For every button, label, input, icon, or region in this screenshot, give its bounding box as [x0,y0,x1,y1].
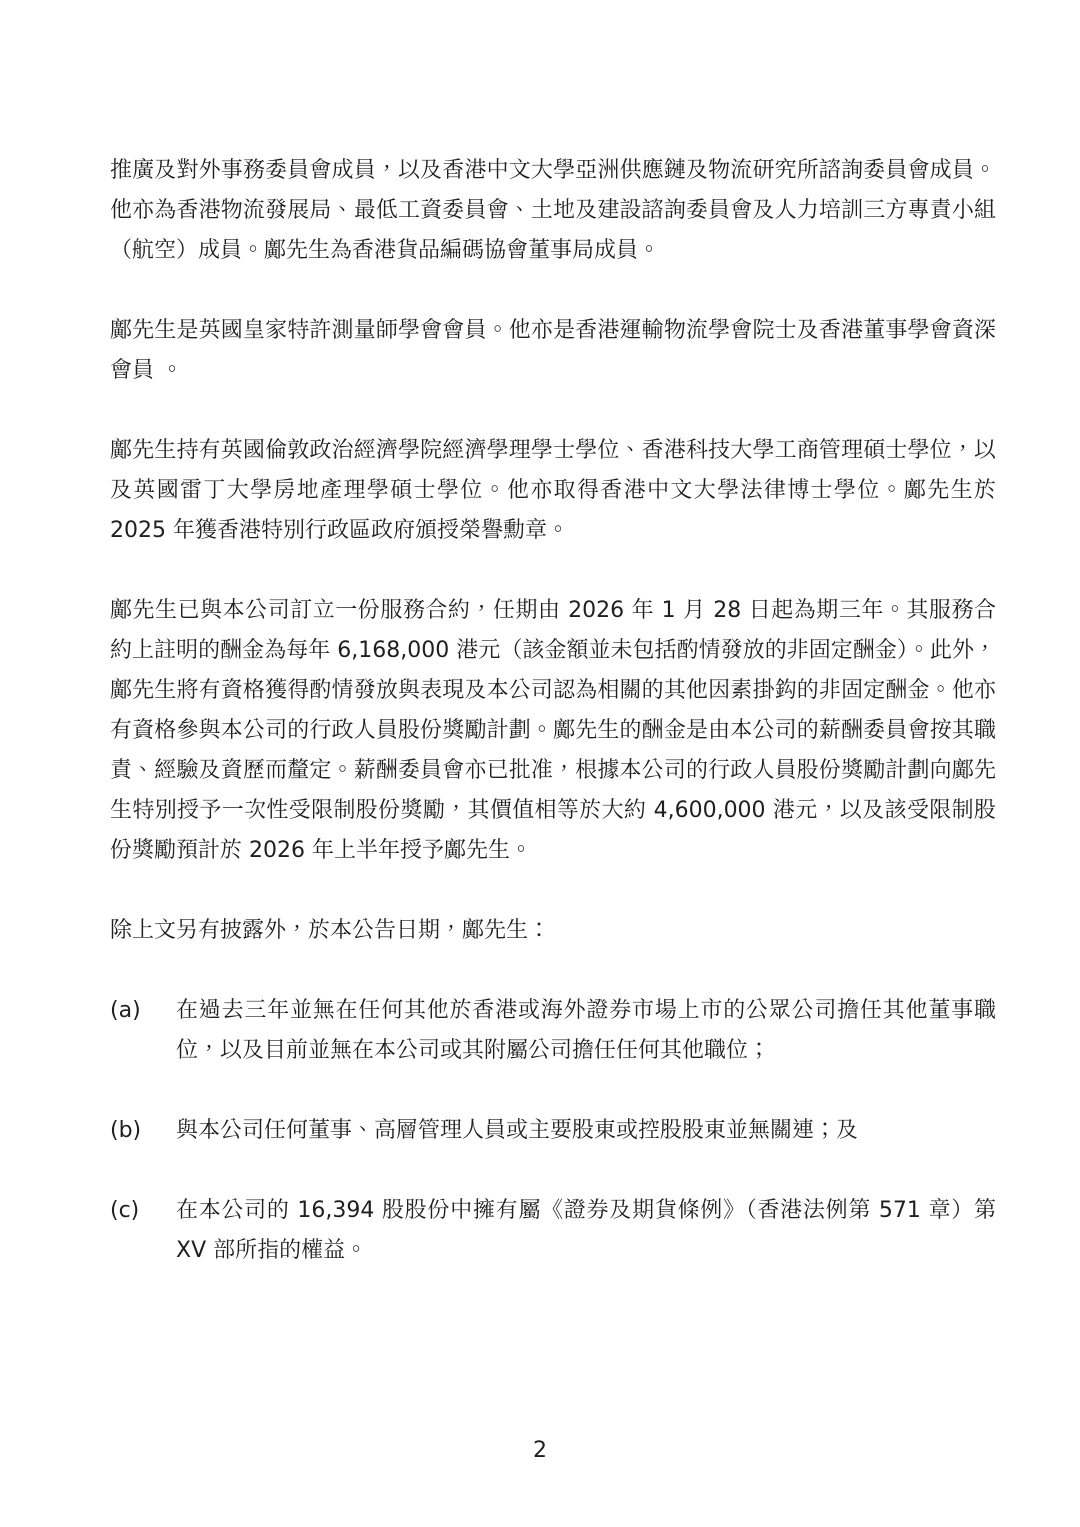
list-item-a-label: (a) [110,991,176,1071]
list-item-b-label: (b) [110,1111,176,1151]
paragraph-disclosure-intro: 除上文另有披露外，於本公告日期，鄺先生： [110,911,996,951]
disclosure-list: (a) 在過去三年並無在任何其他於香港或海外證券市場上市的公眾公司擔任其他董事職… [110,991,996,1271]
page-number: 2 [0,1431,1080,1471]
page-content: 推廣及對外事務委員會成員，以及香港中文大學亞洲供應鏈及物流研究所諮詢委員會成員。… [110,151,996,1311]
list-item-b-text: 與本公司任何董事、高層管理人員或主要股東或控股股東並無關連；及 [176,1111,996,1151]
document-page: 推廣及對外事務委員會成員，以及香港中文大學亞洲供應鏈及物流研究所諮詢委員會成員。… [0,0,1080,1527]
list-item-c-text: 在本公司的 16,394 股股份中擁有屬《證券及期貨條例》（香港法例第 571 … [176,1191,996,1271]
paragraph-service-contract: 鄺先生已與本公司訂立一份服務合約，任期由 2026 年 1 月 28 日起為期三… [110,591,996,871]
paragraph-committee-memberships: 推廣及對外事務委員會成員，以及香港中文大學亞洲供應鏈及物流研究所諮詢委員會成員。… [110,151,996,271]
list-item-a: (a) 在過去三年並無在任何其他於香港或海外證券市場上市的公眾公司擔任其他董事職… [110,991,996,1071]
list-item-c-label: (c) [110,1191,176,1271]
paragraph-professional-memberships: 鄺先生是英國皇家特許測量師學會會員。他亦是香港運輸物流學會院士及香港董事學會資深… [110,311,996,391]
list-item-c: (c) 在本公司的 16,394 股股份中擁有屬《證券及期貨條例》（香港法例第 … [110,1191,996,1271]
list-item-b: (b) 與本公司任何董事、高層管理人員或主要股東或控股股東並無關連；及 [110,1111,996,1151]
paragraph-academic-qualifications: 鄺先生持有英國倫敦政治經濟學院經濟學理學士學位、香港科技大學工商管理碩士學位，以… [110,431,996,551]
list-item-a-text: 在過去三年並無在任何其他於香港或海外證券市場上市的公眾公司擔任其他董事職位，以及… [176,991,996,1071]
